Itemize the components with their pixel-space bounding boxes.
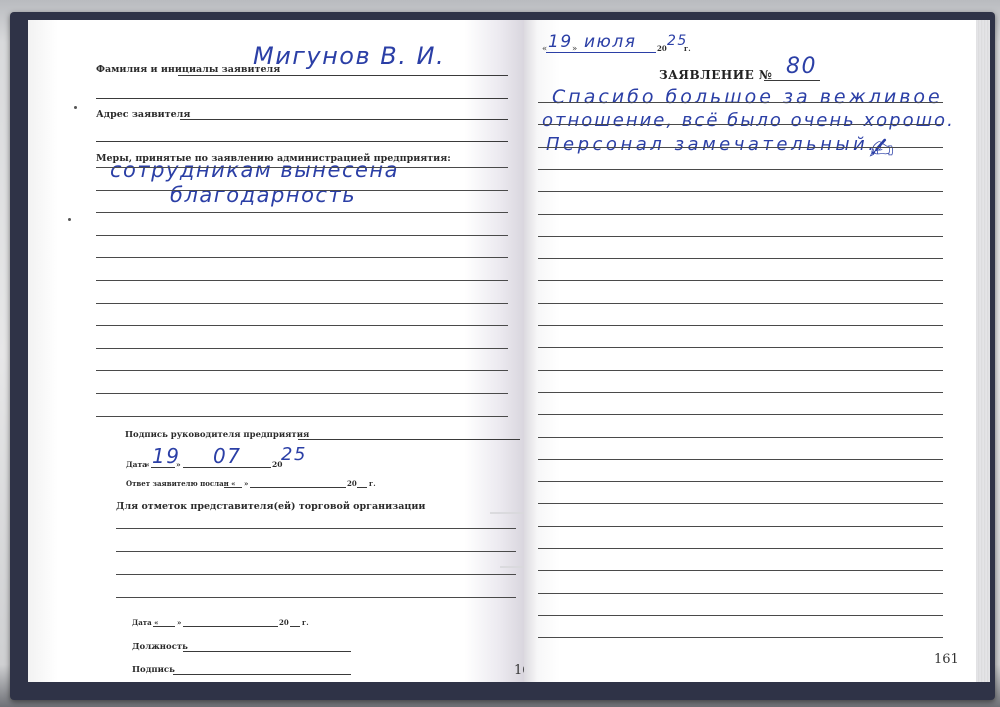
statement-number[interactable]: 80 bbox=[786, 54, 817, 79]
ruled-line bbox=[96, 280, 508, 281]
blank-line bbox=[96, 141, 508, 142]
ruled-line bbox=[538, 214, 943, 215]
statement-line-1[interactable]: Спасибо большое за вежливое bbox=[552, 86, 943, 108]
address-label: Адрес заявителя bbox=[96, 109, 190, 120]
reply-day-line bbox=[224, 487, 242, 488]
ruled-line bbox=[96, 212, 508, 213]
ruled-line bbox=[538, 370, 943, 371]
ruled-line bbox=[538, 325, 943, 326]
ruled-line bbox=[96, 257, 508, 258]
bottom-date-suffix: г. bbox=[302, 618, 309, 627]
date-suffix: г. bbox=[684, 44, 691, 53]
date-year-prefix: 20 bbox=[657, 44, 667, 53]
reply-sent-label: Ответ заявителю послан « bbox=[126, 479, 236, 488]
ruled-line bbox=[96, 303, 508, 304]
bottom-date-year-line bbox=[290, 626, 300, 627]
ruled-line bbox=[538, 459, 943, 460]
manager-signature-line bbox=[298, 439, 520, 440]
ruled-line bbox=[538, 169, 943, 170]
date-month-value[interactable]: 07 bbox=[213, 444, 241, 468]
applicant-name-value[interactable]: Мигунов В. И. bbox=[253, 42, 445, 70]
measures-line-2[interactable]: благодарность bbox=[170, 183, 356, 207]
ruled-line bbox=[96, 190, 508, 191]
date-close-quote: » bbox=[176, 460, 181, 469]
bottom-date-close-quote: » bbox=[177, 618, 181, 627]
reply-close-quote: » bbox=[244, 479, 248, 488]
bottom-date-year-prefix: 20 bbox=[279, 618, 289, 627]
ruled-line bbox=[538, 236, 943, 237]
ruled-line bbox=[538, 593, 943, 594]
reply-year-suffix: г. bbox=[369, 479, 376, 488]
ruled-line bbox=[96, 393, 508, 394]
ruled-line bbox=[538, 414, 943, 415]
applicant-name-line bbox=[178, 75, 508, 76]
ruled-line bbox=[116, 528, 516, 529]
statement-line-3[interactable]: Персонал замечательный. bbox=[546, 134, 877, 155]
ruled-line bbox=[538, 437, 943, 438]
position-line bbox=[183, 651, 351, 652]
trade-rep-label: Для отметок представителя(ей) торговой о… bbox=[116, 501, 425, 512]
reply-month-line bbox=[250, 487, 346, 488]
left-page: Фамилия и инициалы заявителя Мигунов В. … bbox=[28, 20, 524, 682]
statement-title: ЗАЯВЛЕНИЕ № bbox=[659, 68, 772, 82]
ruled-line bbox=[116, 551, 516, 552]
scan-speck bbox=[74, 106, 77, 109]
address-line bbox=[180, 119, 508, 120]
ruled-line bbox=[538, 280, 943, 281]
ruled-line bbox=[96, 167, 508, 168]
bottom-date-day-line bbox=[153, 626, 175, 627]
ruled-line bbox=[538, 124, 943, 125]
ruled-line bbox=[538, 548, 943, 549]
date-day-line bbox=[151, 467, 175, 468]
date-month-line bbox=[183, 467, 271, 468]
ruled-line bbox=[116, 574, 516, 575]
statement-line-2[interactable]: отношение, всё было очень хорошо. bbox=[542, 110, 955, 131]
ruled-line bbox=[538, 481, 943, 482]
date-month-value[interactable]: июля bbox=[584, 32, 636, 52]
ruled-line bbox=[538, 258, 943, 259]
date-day-value[interactable]: 19 bbox=[548, 32, 573, 52]
ruled-line bbox=[538, 526, 943, 527]
ruled-line bbox=[116, 597, 516, 598]
ruled-line bbox=[538, 102, 943, 103]
position-label: Должность bbox=[132, 642, 188, 652]
reply-year-line bbox=[357, 487, 367, 488]
ruled-line bbox=[96, 416, 508, 417]
ruled-line bbox=[538, 303, 943, 304]
bottom-date-month-line bbox=[183, 626, 278, 627]
ruled-line bbox=[96, 235, 508, 236]
manager-signature-label: Подпись руководителя предприятия bbox=[125, 430, 309, 440]
page-number-right: 161 bbox=[934, 652, 959, 667]
ruled-line bbox=[96, 370, 508, 371]
reply-year-prefix: 20 bbox=[347, 479, 357, 488]
ruled-line bbox=[538, 615, 943, 616]
ruled-line bbox=[96, 348, 508, 349]
ruled-line bbox=[538, 347, 943, 348]
right-page: « 19 » июля 20 25 г. ЗАЯВЛЕНИЕ № 80 Спас… bbox=[524, 20, 976, 682]
scan-speck bbox=[68, 218, 71, 221]
ruled-line bbox=[538, 503, 943, 504]
date-label: Дата bbox=[126, 460, 147, 469]
date-year-value[interactable]: 25 bbox=[281, 444, 307, 465]
measures-line-1[interactable]: сотрудникам вынесена bbox=[110, 158, 399, 182]
signature-label: Подпись bbox=[132, 665, 175, 675]
ruled-line bbox=[538, 392, 943, 393]
signature-line bbox=[173, 674, 351, 675]
ruled-line bbox=[538, 570, 943, 571]
page-edges bbox=[976, 20, 990, 682]
ruled-line bbox=[538, 637, 943, 638]
ruled-line bbox=[538, 191, 943, 192]
blank-line bbox=[96, 98, 508, 99]
date-underline bbox=[546, 52, 656, 53]
date-open-quote: « bbox=[145, 460, 150, 469]
ruled-line bbox=[96, 325, 508, 326]
ruled-line bbox=[538, 147, 943, 148]
signature-scribble: ✍ bbox=[869, 132, 894, 167]
statement-number-line bbox=[764, 80, 820, 81]
